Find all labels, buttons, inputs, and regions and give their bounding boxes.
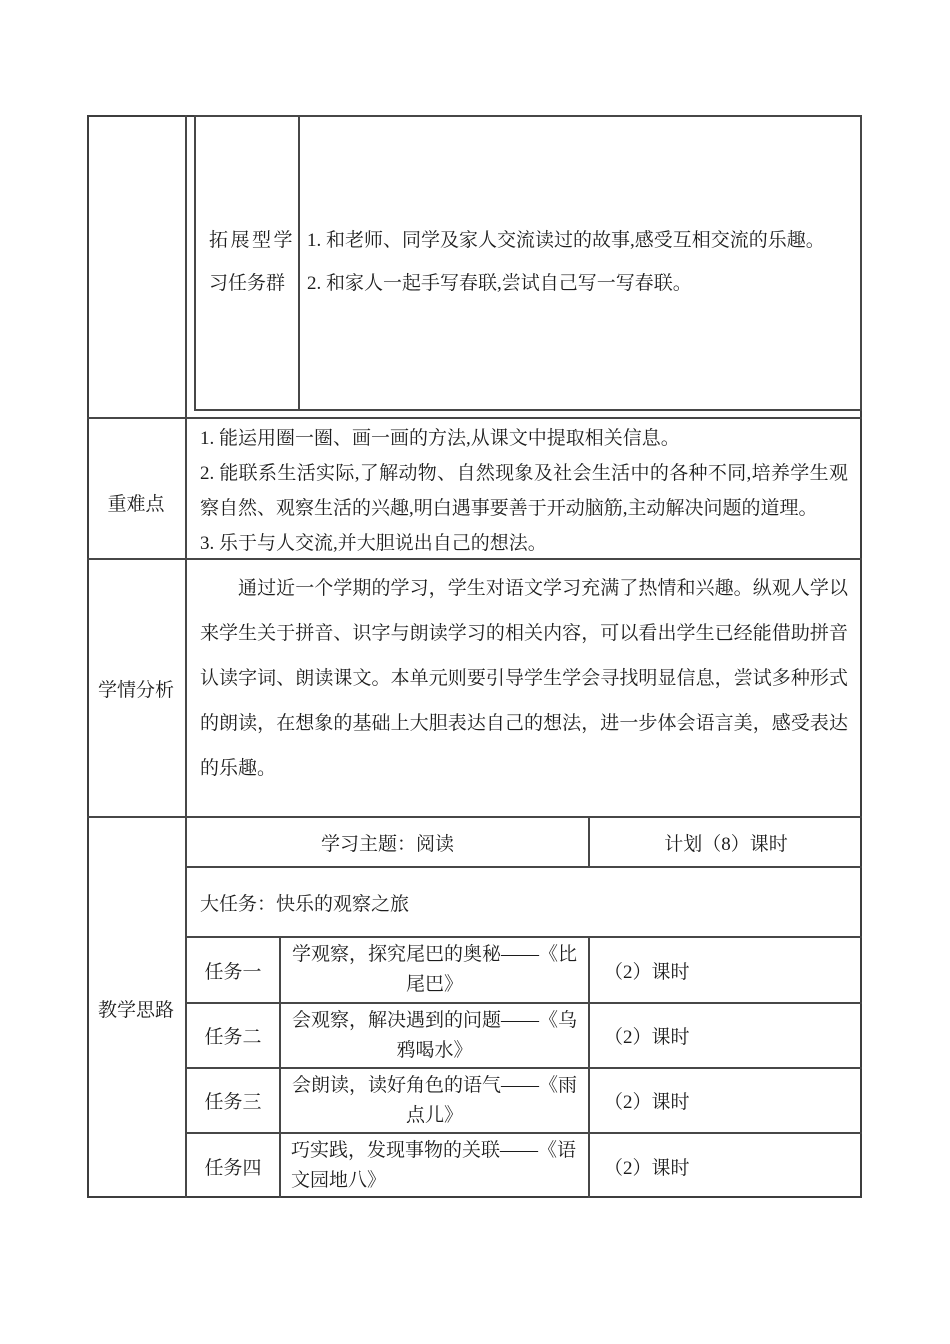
extended-group-label-line1: 拓展型学 (209, 219, 295, 262)
task-1-name: 任务一 (204, 957, 261, 984)
plan-hours-cell: 计划（8）课时 (590, 818, 862, 866)
extended-group-item-2: 2. 和家人一起手写春联,尝试自己写一写春联。 (307, 262, 860, 305)
learner-analysis-paragraph: 通过近一个学期的学习，学生对语文学习充满了热情和兴趣。纵观人学以来学生关于拼音、… (200, 566, 848, 791)
task-2-hours-cell: （2）课时 (590, 1004, 862, 1067)
task-1-hours: （2）课时 (604, 957, 690, 984)
task-4-name-cell: 任务四 (187, 1134, 279, 1198)
key-points-item-2: 2. 能联系生活实际,了解动物、自然现象及社会生活中的各种不同,培养学生观察自然… (200, 456, 848, 526)
task-2-name-cell: 任务二 (187, 1004, 279, 1067)
task-1-name-cell: 任务一 (187, 938, 279, 1002)
task-4-desc: 巧实践，发现事物的关联——《语文园地八》 (291, 1136, 578, 1196)
task-2-name: 任务二 (204, 1022, 261, 1049)
task-1-desc-cell: 学观察，探究尾巴的奥秘——《比尾巴》 (281, 938, 588, 1002)
plan-bigtask-text: 大任务：快乐的观察之旅 (200, 889, 409, 916)
document-page: 拓展型学 习任务群 1. 和老师、同学及家人交流读过的故事,感受互相交流的乐趣。… (0, 0, 950, 1344)
task-4-desc-cell: 巧实践，发现事物的关联——《语文园地八》 (281, 1134, 588, 1198)
plan-bigtask-cell: 大任务：快乐的观察之旅 (187, 868, 862, 936)
key-points-label-cell: 重难点 (87, 419, 185, 558)
extended-group-item-1: 1. 和老师、同学及家人交流读过的故事,感受互相交流的乐趣。 (307, 219, 860, 262)
plan-theme-cell: 学习主题：阅读 (187, 818, 588, 866)
task-2-hours: （2）课时 (604, 1022, 690, 1049)
task-2-desc-cell: 会观察，解决遇到的问题——《乌鸦喝水》 (281, 1004, 588, 1067)
task-3-desc-cell: 会朗读，读好角色的语气——《雨点儿》 (281, 1069, 588, 1132)
task-1-desc: 学观察，探究尾巴的奥秘——《比尾巴》 (291, 940, 578, 1000)
task-3-name-cell: 任务三 (187, 1069, 279, 1132)
teaching-plan-label: 教学思路 (98, 995, 174, 1022)
learner-analysis-content-cell: 通过近一个学期的学习，学生对语文学习充满了热情和兴趣。纵观人学以来学生关于拼音、… (187, 560, 862, 816)
plan-hours-text: 计划（8）课时 (664, 829, 788, 856)
key-points-item-1: 1. 能运用圈一圈、画一画的方法,从课文中提取相关信息。 (200, 421, 848, 456)
task-3-desc: 会朗读，读好角色的语气——《雨点儿》 (291, 1071, 578, 1131)
key-points-item-3: 3. 乐于与人交流,并大胆说出自己的想法。 (200, 526, 848, 561)
task-3-name: 任务三 (204, 1087, 261, 1114)
teaching-plan-label-cell: 教学思路 (87, 818, 185, 1198)
key-points-content-cell: 1. 能运用圈一圈、画一画的方法,从课文中提取相关信息。 2. 能联系生活实际,… (187, 419, 862, 558)
task-4-hours: （2）课时 (604, 1153, 690, 1180)
plan-theme-text: 学习主题：阅读 (321, 829, 454, 856)
extended-group-label-line2: 习任务群 (209, 262, 285, 305)
key-points-label: 重难点 (87, 489, 185, 516)
task-4-hours-cell: （2）课时 (590, 1134, 862, 1198)
task-4-name: 任务四 (204, 1153, 261, 1180)
task-3-hours-cell: （2）课时 (590, 1069, 862, 1132)
learner-analysis-label: 学情分析 (98, 675, 174, 702)
extended-group-label-cell: 拓展型学 习任务群 (196, 115, 298, 409)
task-1-hours-cell: （2）课时 (590, 938, 862, 1002)
extended-group-content-cell: 1. 和老师、同学及家人交流读过的故事,感受互相交流的乐趣。 2. 和家人一起手… (300, 115, 860, 409)
task-2-desc: 会观察，解决遇到的问题——《乌鸦喝水》 (291, 1006, 578, 1066)
task-3-hours: （2）课时 (604, 1087, 690, 1114)
learner-analysis-label-cell: 学情分析 (87, 560, 185, 816)
